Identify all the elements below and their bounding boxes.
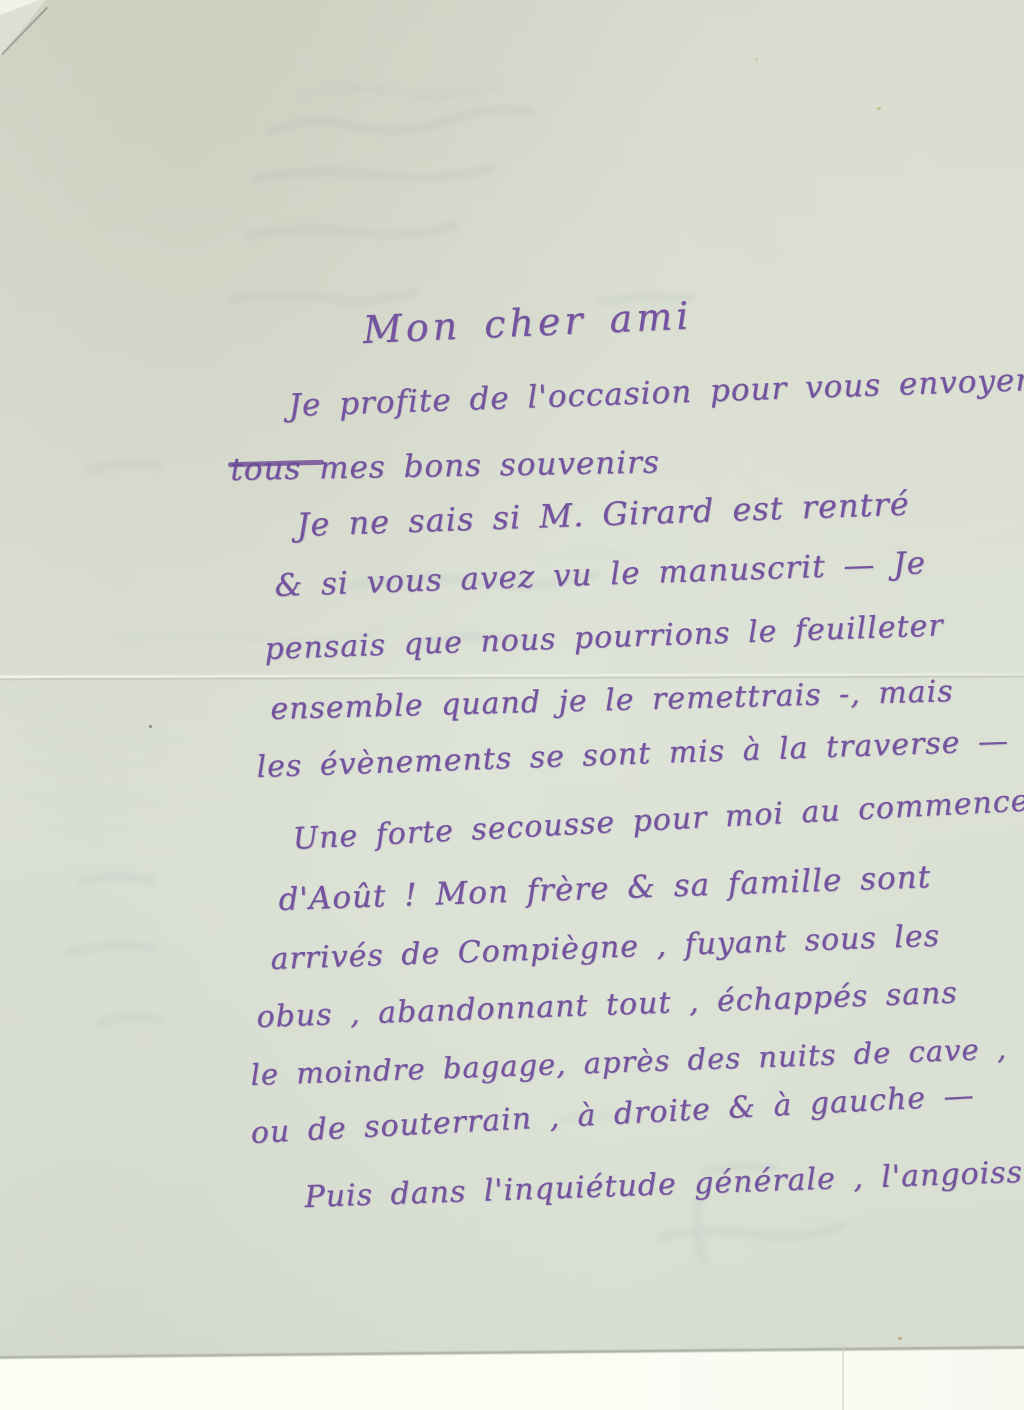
dust-speck <box>898 1337 902 1340</box>
dust-speck <box>877 107 881 110</box>
dust-speck <box>149 725 152 728</box>
scanned-letter-page: { "letter": { "lines": [ "Mon cher ami",… <box>0 0 1024 1410</box>
letter-line: tous mes bons souvenirs <box>230 445 660 488</box>
letter-paper: Mon cher ami Je profite de l'occasion po… <box>0 0 1024 1410</box>
dust-speck <box>755 58 758 61</box>
scan-background-crease <box>842 1346 844 1410</box>
